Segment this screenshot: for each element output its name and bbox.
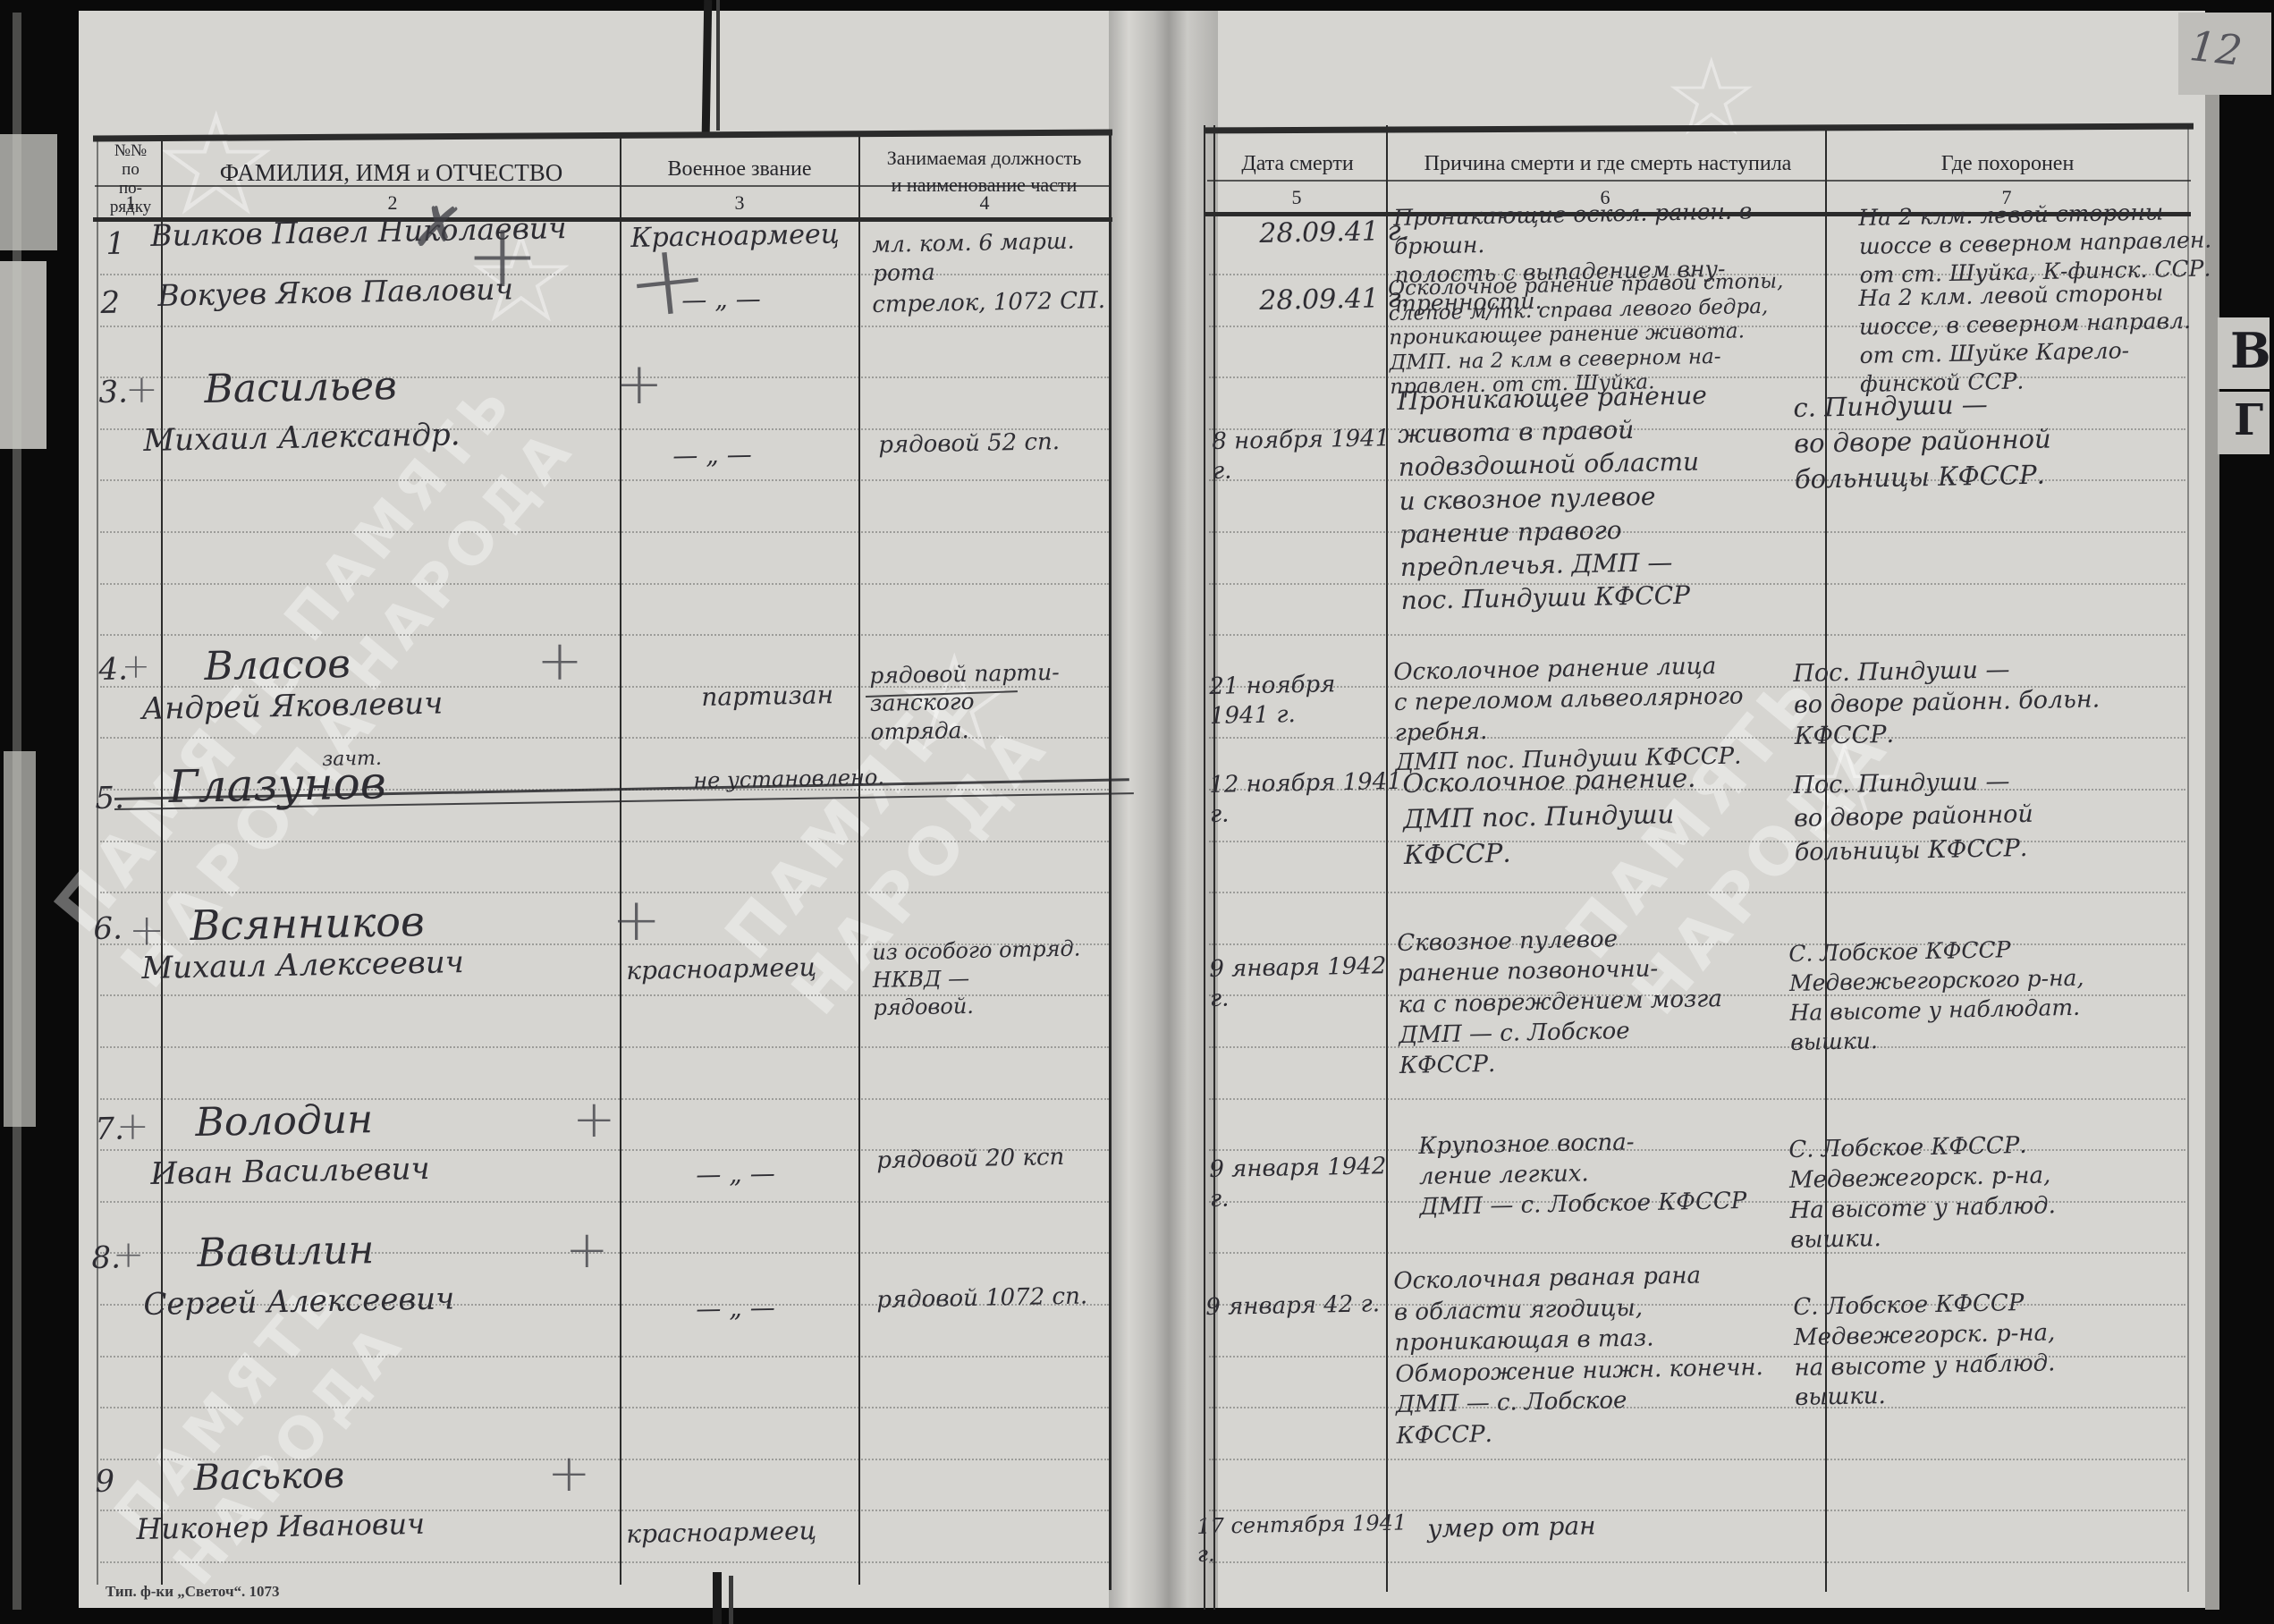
entry-4-burial: Пос. Пиндуши — во дворе районн. больн. К… [1793,651,2188,753]
ruled-line [100,1356,1109,1358]
header-col3: Военное звание [624,157,855,182]
printer-mark: Тип. ф-ки „Светоч“. 1073 [106,1583,280,1601]
header-col5: Дата смерти [1209,152,1386,176]
binding-stub [716,0,720,131]
col-number-2: 2 [378,191,407,215]
entry-5-burial: Пос. Пиндуши — во дворе районной больниц… [1793,762,2188,869]
ruled-line [100,634,1109,636]
entry-4-rank: партизан [701,679,850,714]
column-rule [1386,125,1388,1592]
entry-4-position: рядовой парти- занского отряда. [869,657,1114,746]
ruled-line [1209,1459,2185,1460]
col-number-4: 4 [970,191,999,215]
page-edge-fragment [0,134,57,250]
cross-mark: + [122,649,150,683]
column-rule [1109,132,1112,1590]
header-col6: Причина смерти и где смерть наступила [1391,152,1825,176]
ruled-line [1209,1098,2185,1100]
entry-8-rank: — „ — [696,1290,822,1325]
header-rule [1207,180,2191,182]
entry-7-cause: Крупозное воспа- ление легких. ДМП — с. … [1418,1125,1813,1223]
cross-mark: + [113,1236,144,1273]
entry-3-cause: Проникающее ранение живота в правой подв… [1397,376,1814,617]
ruled-line [100,1407,1109,1408]
entry-2-name: Вокуев Яков Павлович [157,269,570,315]
cross-mark: + [621,226,714,333]
ruled-line [1209,634,2185,636]
entry-5-cause: Осколочное ранение. ДМП пос. Пиндуши КФС… [1402,757,1811,873]
ruled-line [100,1046,1109,1048]
cross-mark: ✗ [410,195,467,260]
entry-7-date: 9 января 1942 г. [1209,1152,1411,1215]
ruled-line [1209,892,2185,893]
page-edge-fragment [0,261,46,449]
cross-mark: + [129,909,165,952]
entry-3-burial: с. Пиндуши — во дворе районной больницы … [1793,383,2188,497]
entry-9-surname: Васьков [193,1451,489,1502]
entry-6-rank: красноармеец [626,951,864,987]
ruled-line [100,479,1109,481]
entry-1-no: 1 [106,225,125,265]
header-col4: Занимаемая должность и наименование част… [861,145,1107,199]
entry-1-position: мл. ком. 6 марш. рота [872,226,1107,288]
entry-6-burial: С. Лобское КФССР Медвежьегорского р-на, … [1788,931,2193,1057]
entry-9-date: 17 сентября 1941 г. [1196,1509,1421,1568]
col-number-5: 5 [1282,186,1311,209]
entry-8-burial: С. Лобское КФССР Медвежегорск. р-на, на … [1793,1286,2189,1415]
entry-6-no: 6. [93,909,123,949]
entry-9-rank: красноармеец [626,1514,882,1551]
cross-mark: + [612,891,661,950]
entry-1-burial: На 2 клм. левой стороны шоссе в северном… [1858,197,2213,290]
col-number-3: 3 [725,191,754,215]
cross-mark: + [565,1223,609,1275]
entry-9-givenname: Никонер Иванович [136,1504,521,1548]
cross-mark: + [572,1093,616,1145]
cross-mark: + [547,1447,591,1499]
cross-mark: + [125,370,158,410]
entry-6-givenname: Михаил Алексеевич [141,942,571,989]
binding-stub [729,1576,733,1624]
cross-mark: + [116,1107,149,1146]
ruled-line [100,326,1109,327]
ruled-line [100,583,1109,585]
ruled-line [1209,1252,2185,1254]
entry-5-rank: не установлено. [693,763,909,794]
entry-7-position: рядовой 20 ксп [876,1142,1105,1176]
margin-letter-v: В [2230,322,2271,379]
header-col7: Где похоронен [1829,152,2186,176]
entry-8-surname: Вавилин [197,1222,502,1279]
entry-5-date: 12 ноября 1941 г. [1209,767,1411,831]
binding-gutter [1109,11,1218,1608]
entry-8-position: рядовой 1072 сп. [876,1281,1110,1315]
entry-3-surname: Васильев [204,359,509,415]
cross-mark: + [615,356,664,413]
entry-8-cause: Осколочная рваная рана в области ягодицы… [1393,1258,1822,1452]
entry-3-no: 3. [98,373,128,412]
entry-6-cause: Сквозное пулевое ранение позвоночни- ка … [1397,920,1815,1081]
entry-4-date: 21 ноября 1941 г. [1209,669,1402,732]
column-rule [858,134,860,1585]
entry-9-cause: умер от ран [1427,1508,1714,1545]
entry-7-givenname: Иван Васильевич [150,1148,536,1195]
ruled-line [100,841,1109,842]
column-rule [1204,125,1205,1610]
entry-3-position: рядовой 52 сп. [878,427,1104,461]
margin-letter-g: Г [2234,395,2263,445]
col-number-1: 1 [116,191,145,215]
column-rule [161,136,163,1585]
entry-6-date: 9 января 1942 г. [1209,952,1411,1015]
entry-6-position: из особого отряд. НКВД — рядовой. [872,935,1120,1023]
entry-8-date: 9 января 42 г. [1205,1290,1414,1324]
entry-7-surname: Володин [195,1092,500,1148]
ruled-line [100,892,1109,893]
entry-7-rank: — „ — [696,1156,822,1191]
scanned-register-page: 12 В Г ПАМЯТЬ НАРОДА ПАМЯТЬ НАРОДА ПАМЯТ… [0,0,2274,1624]
ruled-line [100,531,1109,533]
cross-mark: + [537,633,583,689]
entry-3-rank: — „ — [672,437,799,472]
entry-2-burial: На 2 клм. левой стороны шоссе, в северно… [1858,277,2213,399]
binding-stub [713,1572,722,1624]
entry-3-givenname: Михаил Александр. [143,414,564,461]
entry-3-date: 8 ноября 1941 г. [1212,424,1396,486]
ruled-line [100,1201,1109,1203]
page-number: 12 [2187,20,2244,78]
entry-2-position: стрелок, 1072 СП. [872,286,1107,320]
page-edge-fragment [13,13,21,1610]
entry-2-no: 2 [100,284,120,324]
entry-9-no: 9 [95,1463,114,1502]
column-rule [97,136,98,1585]
column-rule [1213,125,1215,1610]
header-col2: ФАМИЛИЯ, ИМЯ и ОТЧЕСТВО [165,159,617,187]
entry-8-givenname: Сергей Алексеевич [143,1278,546,1324]
entry-7-burial: С. Лобское КФССР. Медвежегорск. р-на, На… [1788,1128,2194,1256]
ruled-line [100,1561,1109,1563]
